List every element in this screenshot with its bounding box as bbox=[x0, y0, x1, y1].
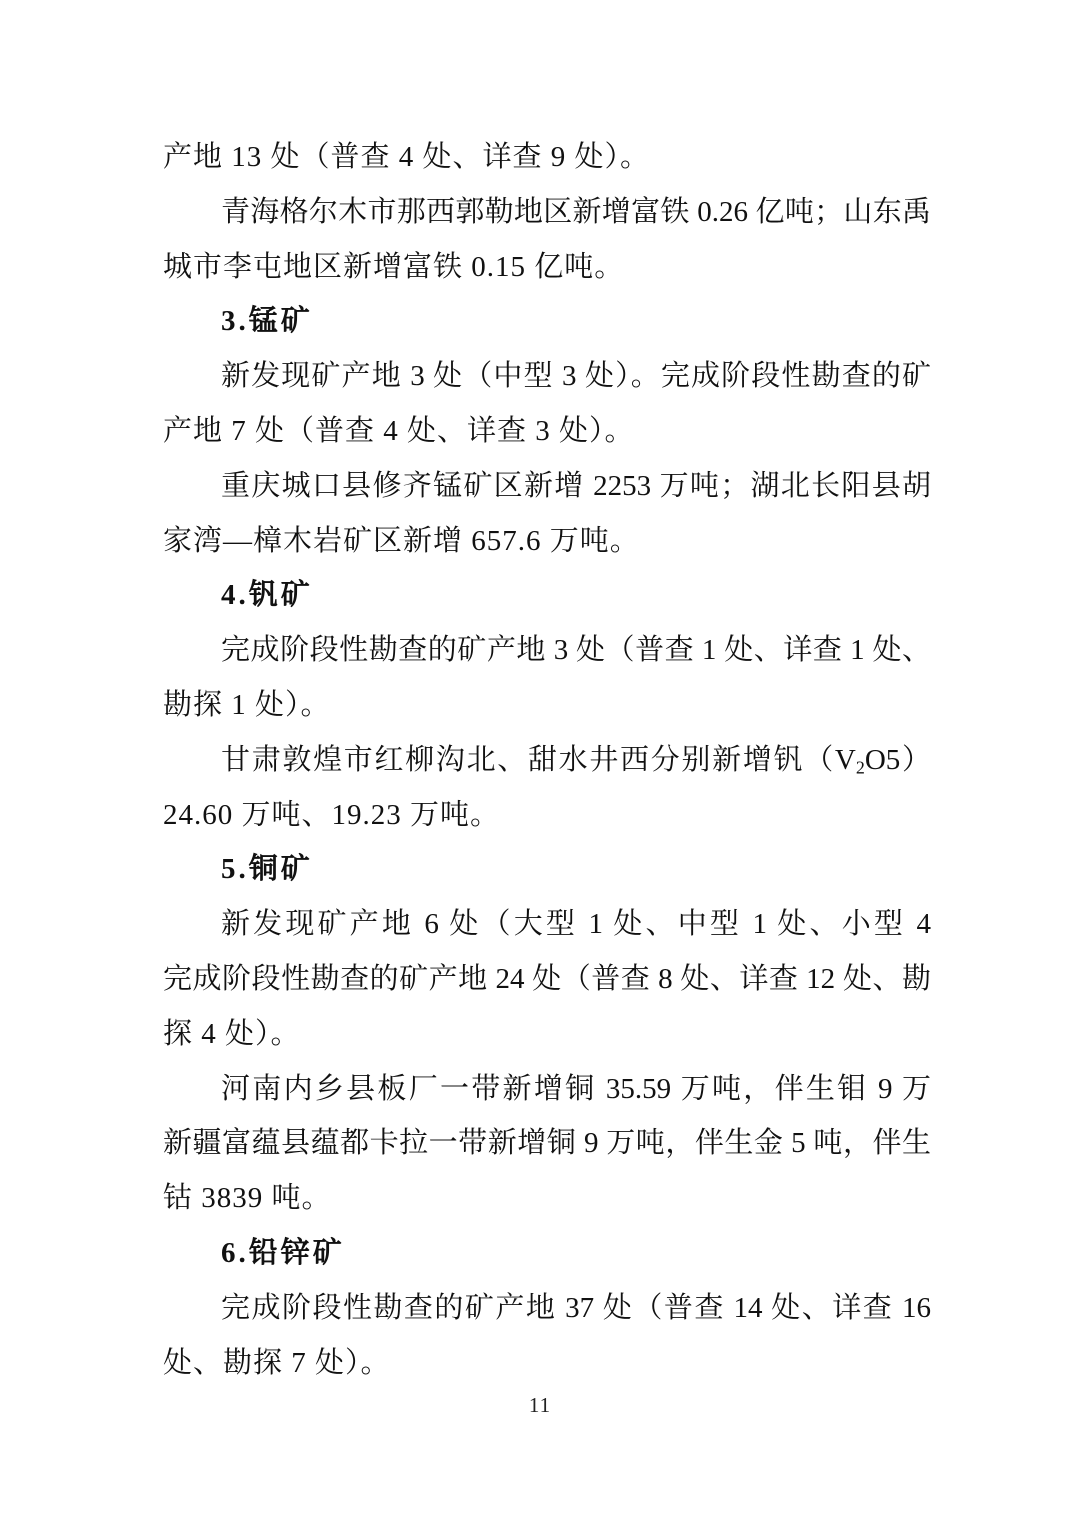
doc-line: 24.60 万吨、19.23 万吨。 bbox=[163, 788, 931, 843]
doc-line: 城市李屯地区新增富铁 0.15 亿吨。 bbox=[163, 240, 931, 295]
doc-line: 新发现矿产地 6 处（大型 1 处、中型 1 处、小型 4 处）。 bbox=[163, 897, 931, 952]
doc-line: 青海格尔木市那西郭勒地区新增富铁 0.26 亿吨；山东禹 bbox=[163, 185, 931, 240]
text-block: 产地 13 处（普查 4 处、详查 9 处）。 青海格尔木市那西郭勒地区新增富铁… bbox=[163, 130, 931, 1390]
doc-line: 新疆富蕴县蕴都卡拉一带新增铜 9 万吨，伴生金 5 吨，伴生 bbox=[163, 1116, 931, 1171]
section-heading-manganese: 3.锰矿 bbox=[163, 294, 931, 349]
text-run: O5） bbox=[865, 744, 931, 776]
section-heading-lead-zinc: 6.铅锌矿 bbox=[163, 1226, 931, 1281]
doc-line: 产地 13 处（普查 4 处、详查 9 处）。 bbox=[163, 130, 931, 185]
doc-line: 完成阶段性勘查的矿产地 24 处（普查 8 处、详查 12 处、勘 bbox=[163, 952, 931, 1007]
page-number: 11 bbox=[0, 1392, 1080, 1418]
text-run: 甘肃敦煌市红柳沟北、甜水井西分别新增钒（V bbox=[221, 744, 856, 776]
doc-line: 处、勘探 7 处）。 bbox=[163, 1336, 931, 1391]
doc-line: 家湾—樟木岩矿区新增 657.6 万吨。 bbox=[163, 514, 931, 569]
doc-line: 钴 3839 吨。 bbox=[163, 1171, 931, 1226]
doc-line: 完成阶段性勘查的矿产地 3 处（普查 1 处、详查 1 处、 bbox=[163, 623, 931, 678]
doc-line-v2o5: 甘肃敦煌市红柳沟北、甜水井西分别新增钒（V2O5） bbox=[163, 733, 931, 788]
doc-line: 河南内乡县板厂一带新增铜 35.59 万吨，伴生钼 9 万吨； bbox=[163, 1062, 931, 1117]
section-heading-vanadium: 4.钒矿 bbox=[163, 568, 931, 623]
doc-line: 勘探 1 处）。 bbox=[163, 678, 931, 733]
doc-line: 产地 7 处（普查 4 处、详查 3 处）。 bbox=[163, 404, 931, 459]
doc-line: 完成阶段性勘查的矿产地 37 处（普查 14 处、详查 16 bbox=[163, 1281, 931, 1336]
doc-line: 探 4 处）。 bbox=[163, 1007, 931, 1062]
doc-line: 新发现矿产地 3 处（中型 3 处）。完成阶段性勘查的矿 bbox=[163, 349, 931, 404]
subscript-text: 2 bbox=[856, 757, 865, 777]
document-page: 产地 13 处（普查 4 处、详查 9 处）。 青海格尔木市那西郭勒地区新增富铁… bbox=[0, 0, 1080, 1527]
section-heading-copper: 5.铜矿 bbox=[163, 842, 931, 897]
doc-line: 重庆城口县修齐锰矿区新增 2253 万吨；湖北长阳县胡 bbox=[163, 459, 931, 514]
